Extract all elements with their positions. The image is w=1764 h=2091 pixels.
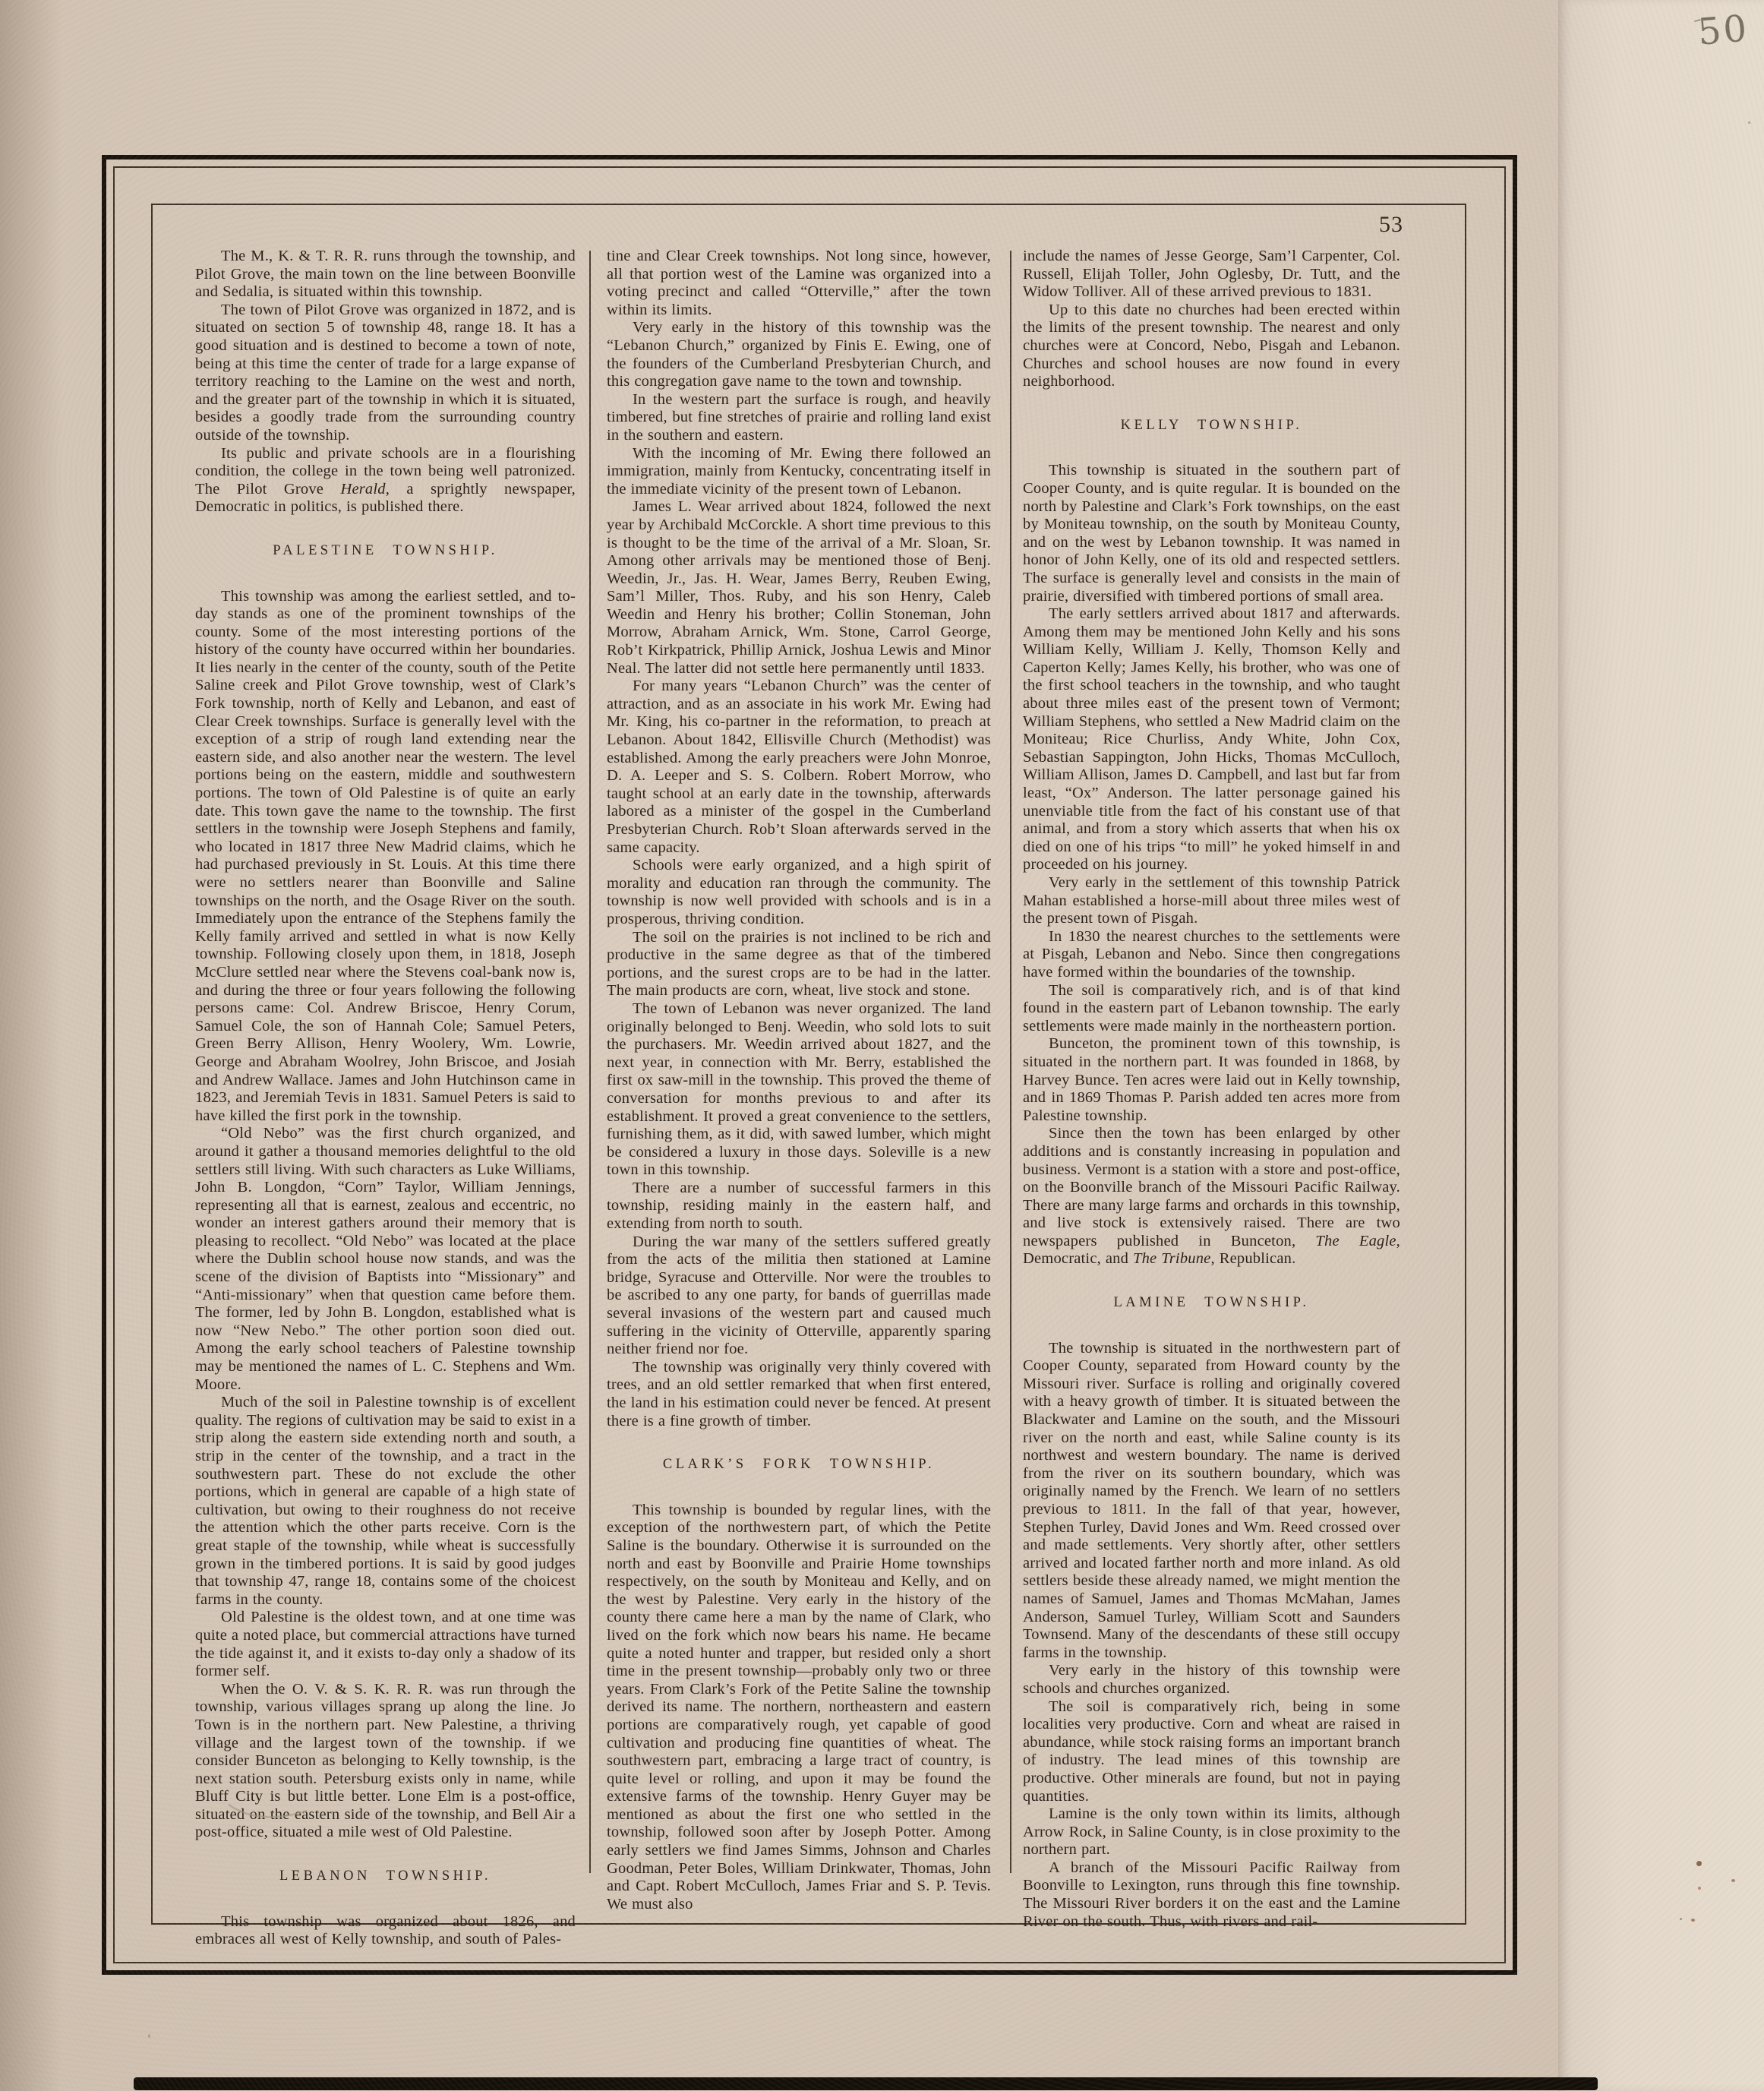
foxing-spot (1680, 1918, 1682, 1920)
paragraph: Lamine is the only town within its limit… (1023, 1805, 1400, 1859)
paragraph: A branch of the Missouri Pacific Railway… (1023, 1859, 1400, 1931)
paragraph: Old Palestine is the oldest town, and at… (195, 1609, 576, 1680)
section-heading: PALESTINE TOWNSHIP. (195, 542, 576, 561)
paragraph: There are a number of successful farmers… (607, 1180, 991, 1233)
paragraph: tine and Clear Creek townships. Not long… (607, 248, 991, 319)
handwritten-page-annotation: 50 (1696, 10, 1750, 51)
paragraph: Very early in the settlement of this tow… (1023, 874, 1400, 928)
foxing-spot (1696, 1861, 1702, 1866)
paragraph: The M., K. & T. R. R. runs through the t… (195, 248, 576, 302)
paragraph: The town of Pilot Grove was organized in… (195, 302, 576, 445)
column-3: include the names of Jesse George, Sam’l… (1023, 248, 1400, 1931)
section-heading: CLARK’S FORK TOWNSHIP. (607, 1456, 991, 1474)
paragraph: Since then the town has been enlarged by… (1023, 1125, 1400, 1268)
paper-speck (148, 2034, 150, 2038)
paragraph: With the incoming of Mr. Ewing there fol… (607, 445, 991, 499)
foxing-spot (1691, 1919, 1695, 1922)
foxing-spot (1698, 1887, 1701, 1890)
paragraph: Schools were early organized, and a high… (607, 857, 991, 928)
scan-edge-shadow-bottom (134, 2077, 1598, 2090)
scan-edge-shadow-left (0, 0, 62, 2091)
column-2: tine and Clear Creek townships. Not long… (607, 248, 991, 1913)
paragraph: This township was organized about 1826, … (195, 1913, 576, 1949)
paragraph: “Old Nebo” was the first church organize… (195, 1125, 576, 1394)
paragraph: Its public and private schools are in a … (195, 445, 576, 516)
paragraph: The town of Lebanon was never organized.… (607, 1000, 991, 1180)
column-divider (589, 251, 591, 1873)
paragraph: include the names of Jesse George, Sam’l… (1023, 248, 1400, 302)
paragraph: Very early in the history of this townsh… (1023, 1662, 1400, 1698)
paragraph: Very early in the history of this townsh… (607, 319, 991, 390)
paragraph: The soil on the prairies is not inclined… (607, 929, 991, 1000)
paragraph: This township is bounded by regular line… (607, 1502, 991, 1914)
paragraph: Bunceton, the prominent town of this tow… (1023, 1035, 1400, 1125)
paragraph: In the western part the surface is rough… (607, 391, 991, 445)
pencil-speck (1748, 122, 1750, 124)
paragraph: During the war many of the settlers suff… (607, 1233, 991, 1359)
page-number: 53 (1359, 212, 1403, 238)
foxing-spot (1731, 1879, 1735, 1882)
paragraph: This township was among the earliest set… (195, 588, 576, 1126)
section-heading: LEBANON TOWNSHIP. (195, 1868, 576, 1886)
paragraph: For many years “Lebanon Church” was the … (607, 678, 991, 857)
paragraph: The early settlers arrived about 1817 an… (1023, 605, 1400, 874)
scanned-page: 50 53 The M., K. & T. R. R. runs through… (0, 0, 1764, 2091)
adjacent-page-edge (1558, 0, 1764, 2091)
paragraph: Much of the soil in Palestine township i… (195, 1394, 576, 1609)
paragraph: Up to this date no churches had been ere… (1023, 302, 1400, 391)
paragraph: The soil is comparatively rich, being in… (1023, 1698, 1400, 1806)
paragraph: The township is situated in the northwes… (1023, 1340, 1400, 1663)
column-divider (1010, 251, 1011, 1873)
paragraph: In 1830 the nearest churches to the sett… (1023, 928, 1400, 982)
paragraph: The township was originally very thinly … (607, 1359, 991, 1430)
paragraph: This township is situated in the souther… (1023, 462, 1400, 605)
column-1: The M., K. & T. R. R. runs through the t… (195, 248, 576, 1949)
section-heading: KELLY TOWNSHIP. (1023, 417, 1400, 435)
section-heading: LAMINE TOWNSHIP. (1023, 1294, 1400, 1312)
paragraph: James L. Wear arrived about 1824, follow… (607, 498, 991, 678)
paragraph: The soil is comparatively rich, and is o… (1023, 982, 1400, 1036)
pencil-mark (225, 1797, 313, 1827)
